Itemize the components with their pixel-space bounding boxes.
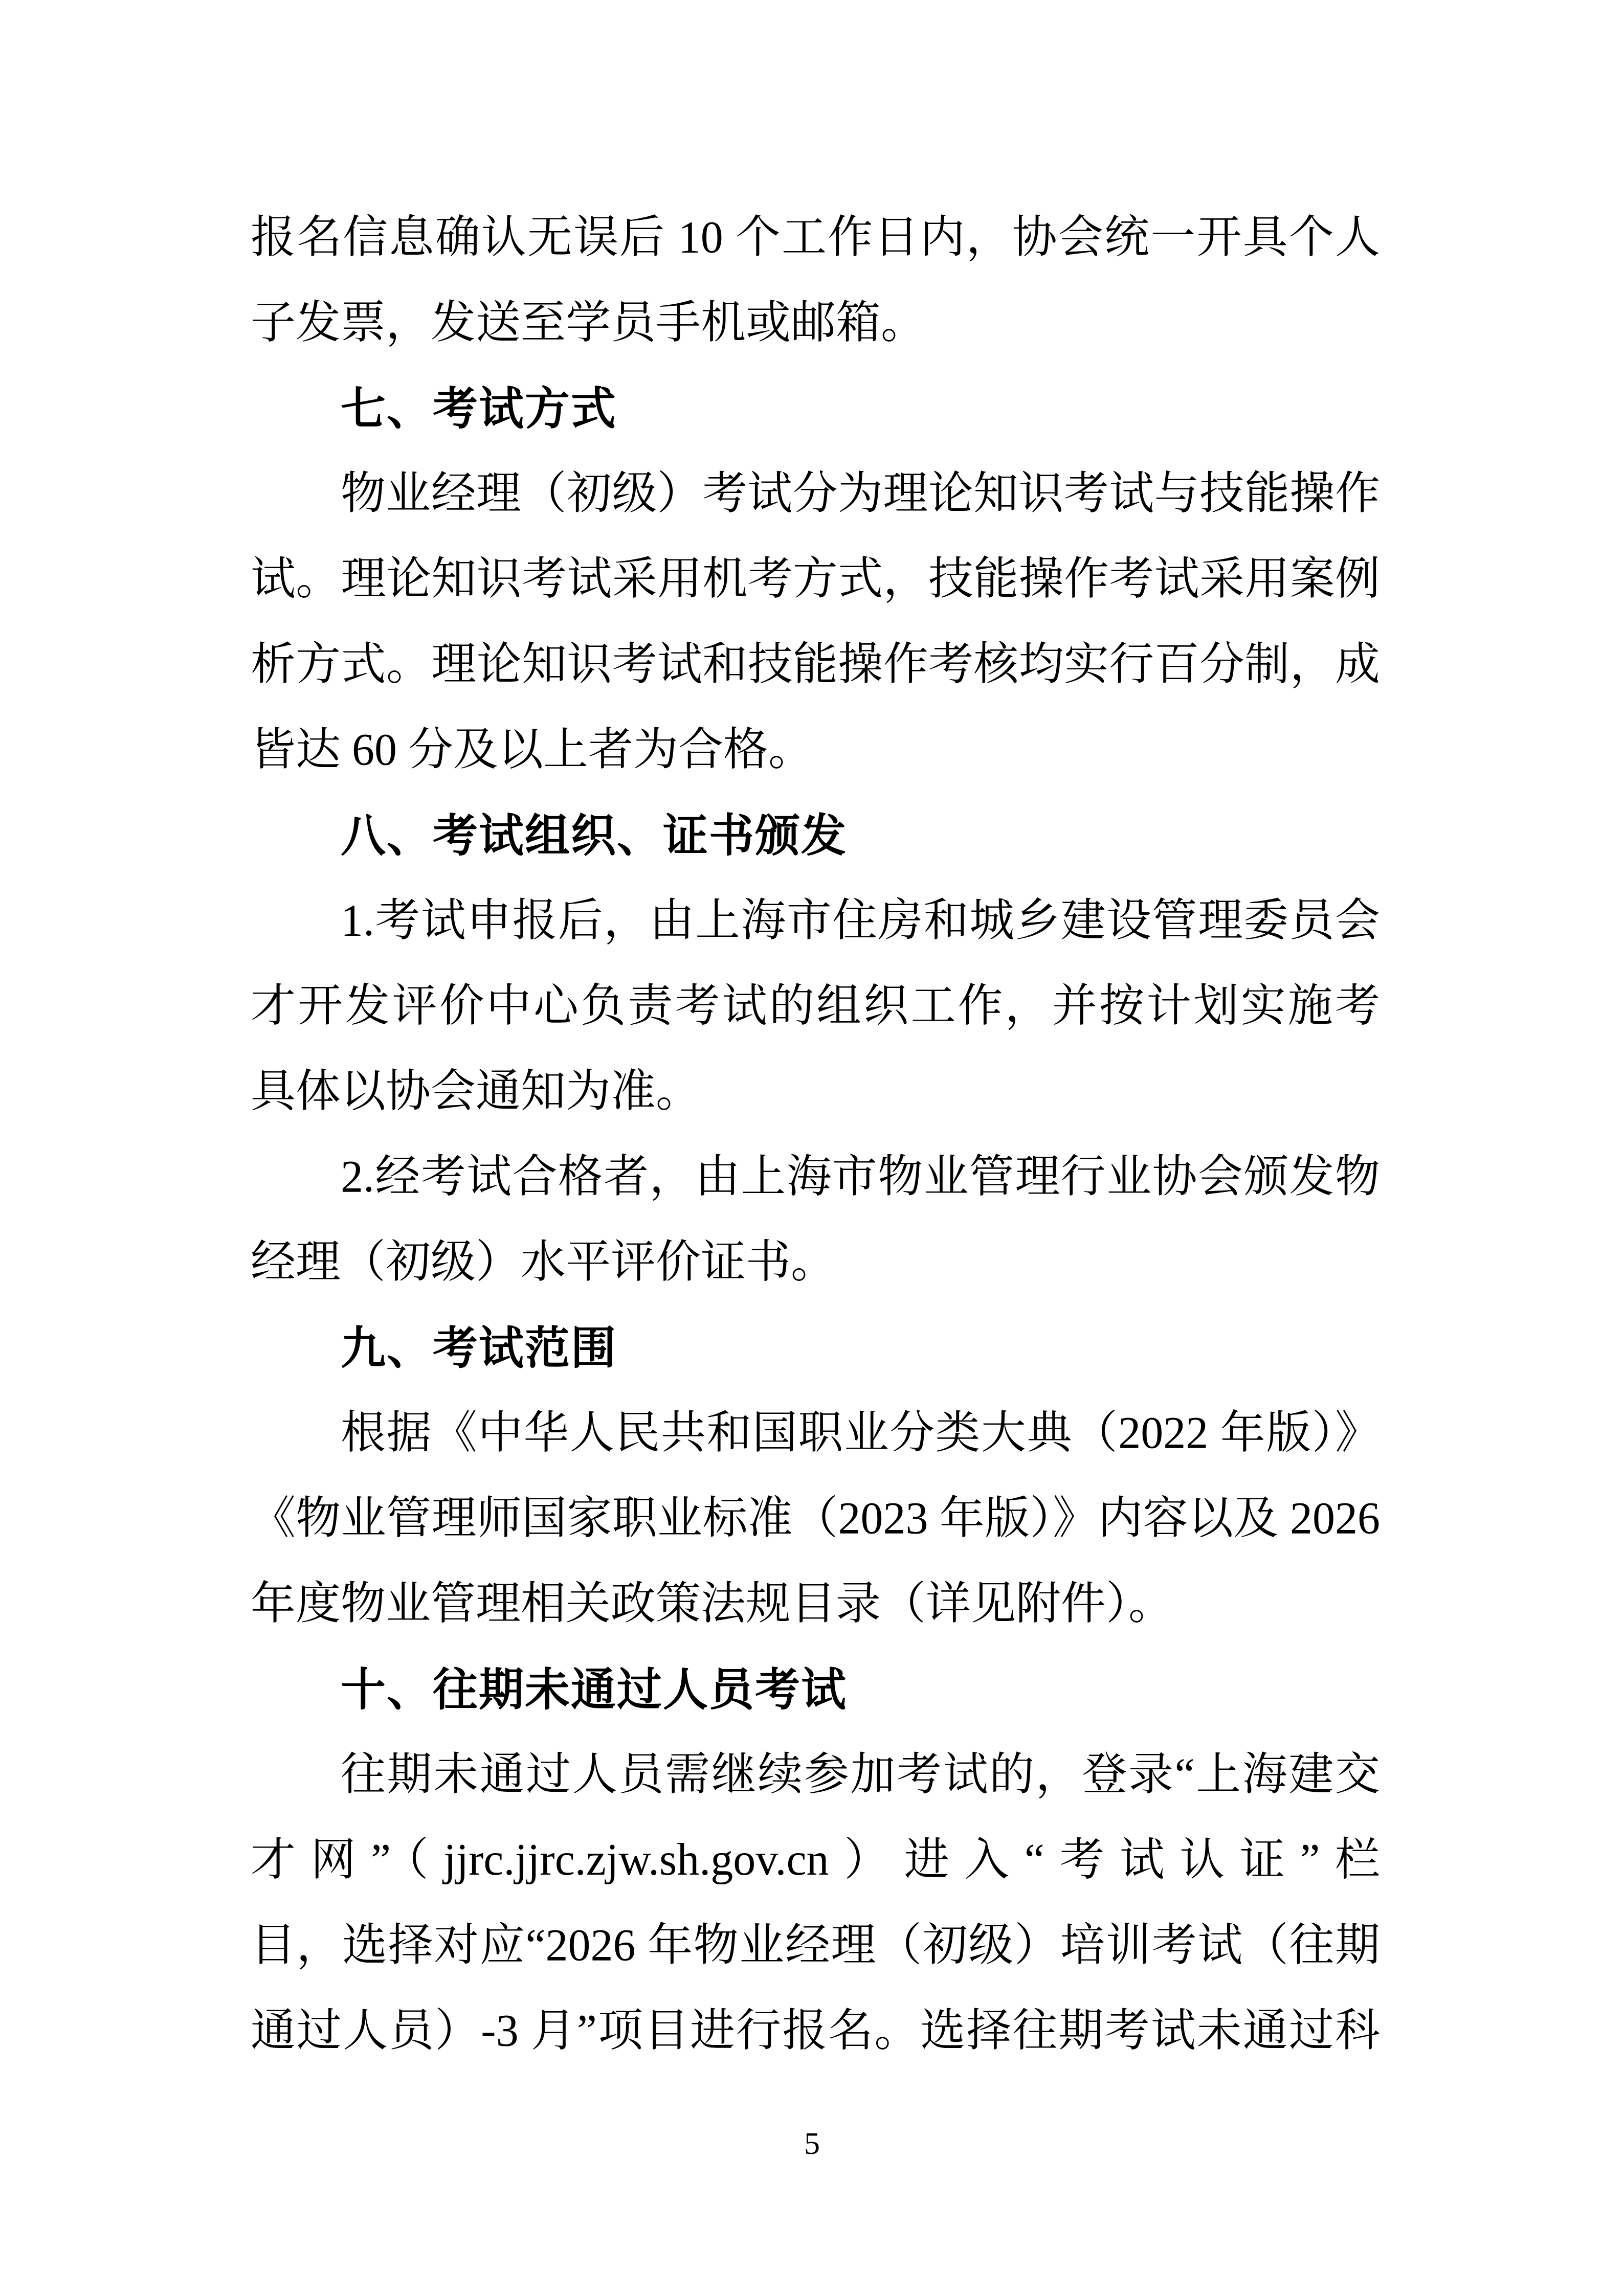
heading-section-10-previous-failed-exam: 十、往期未通过人员考试 <box>251 1647 1380 1732</box>
document-page: 报名信息确认无误后 10 个工作日内，协会统一开具个人电 子发票，发送至学员手机… <box>0 0 1624 2296</box>
body-line: 1.考试申报后，由上海市住房和城乡建设管理委员会人 <box>251 878 1380 963</box>
body-line: 《物业管理师国家职业标准（2023 年版）》内容以及 2026 <box>251 1476 1380 1561</box>
body-line: 试。理论知识考试采用机考方式，技能操作考试采用案例分 <box>251 536 1380 622</box>
body-line: 报名信息确认无误后 10 个工作日内，协会统一开具个人电 <box>251 195 1380 280</box>
heading-section-9-exam-scope: 九、考试范围 <box>251 1305 1380 1390</box>
document-body: 报名信息确认无误后 10 个工作日内，协会统一开具个人电 子发票，发送至学员手机… <box>251 195 1380 2074</box>
body-line: 往期未通过人员需继续参加考试的，登录“上海建交人 <box>251 1732 1380 1817</box>
body-line: 2.经考试合格者，由上海市物业管理行业协会颁发物业 <box>251 1134 1380 1220</box>
heading-section-8-exam-organization: 八、考试组织、证书颁发 <box>251 793 1380 878</box>
body-line: 才网”（jjrc.jjrc.zjw.sh.gov.cn）进入“考试认证”栏 <box>251 1817 1380 1903</box>
body-line: 析方式。理论知识考试和技能操作考核均实行百分制，成绩 <box>251 622 1380 707</box>
body-line: 具体以协会通知为准。 <box>251 1049 1380 1134</box>
body-line: 通过人员）-3 月”项目进行报名。选择往期考试未通过科目 <box>251 1988 1380 2074</box>
page-number: 5 <box>0 2123 1624 2164</box>
body-line: 子发票，发送至学员手机或邮箱。 <box>251 280 1380 366</box>
body-line: 物业经理（初级）考试分为理论知识考试与技能操作考 <box>251 451 1380 536</box>
heading-section-7-exam-method: 七、考试方式 <box>251 366 1380 451</box>
body-line: 根据《中华人民共和国职业分类大典（2022 年版）》和 <box>251 1390 1380 1476</box>
body-line: 才开发评价中心负责考试的组织工作，并按计划实施考试， <box>251 963 1380 1049</box>
body-line: 皆达 60 分及以上者为合格。 <box>251 707 1380 793</box>
body-line: 目，选择对应“2026 年物业经理（初级）培训考试（往期未 <box>251 1903 1380 1988</box>
body-line: 年度物业管理相关政策法规目录（详见附件）。 <box>251 1561 1380 1647</box>
body-line: 经理（初级）水平评价证书。 <box>251 1220 1380 1305</box>
